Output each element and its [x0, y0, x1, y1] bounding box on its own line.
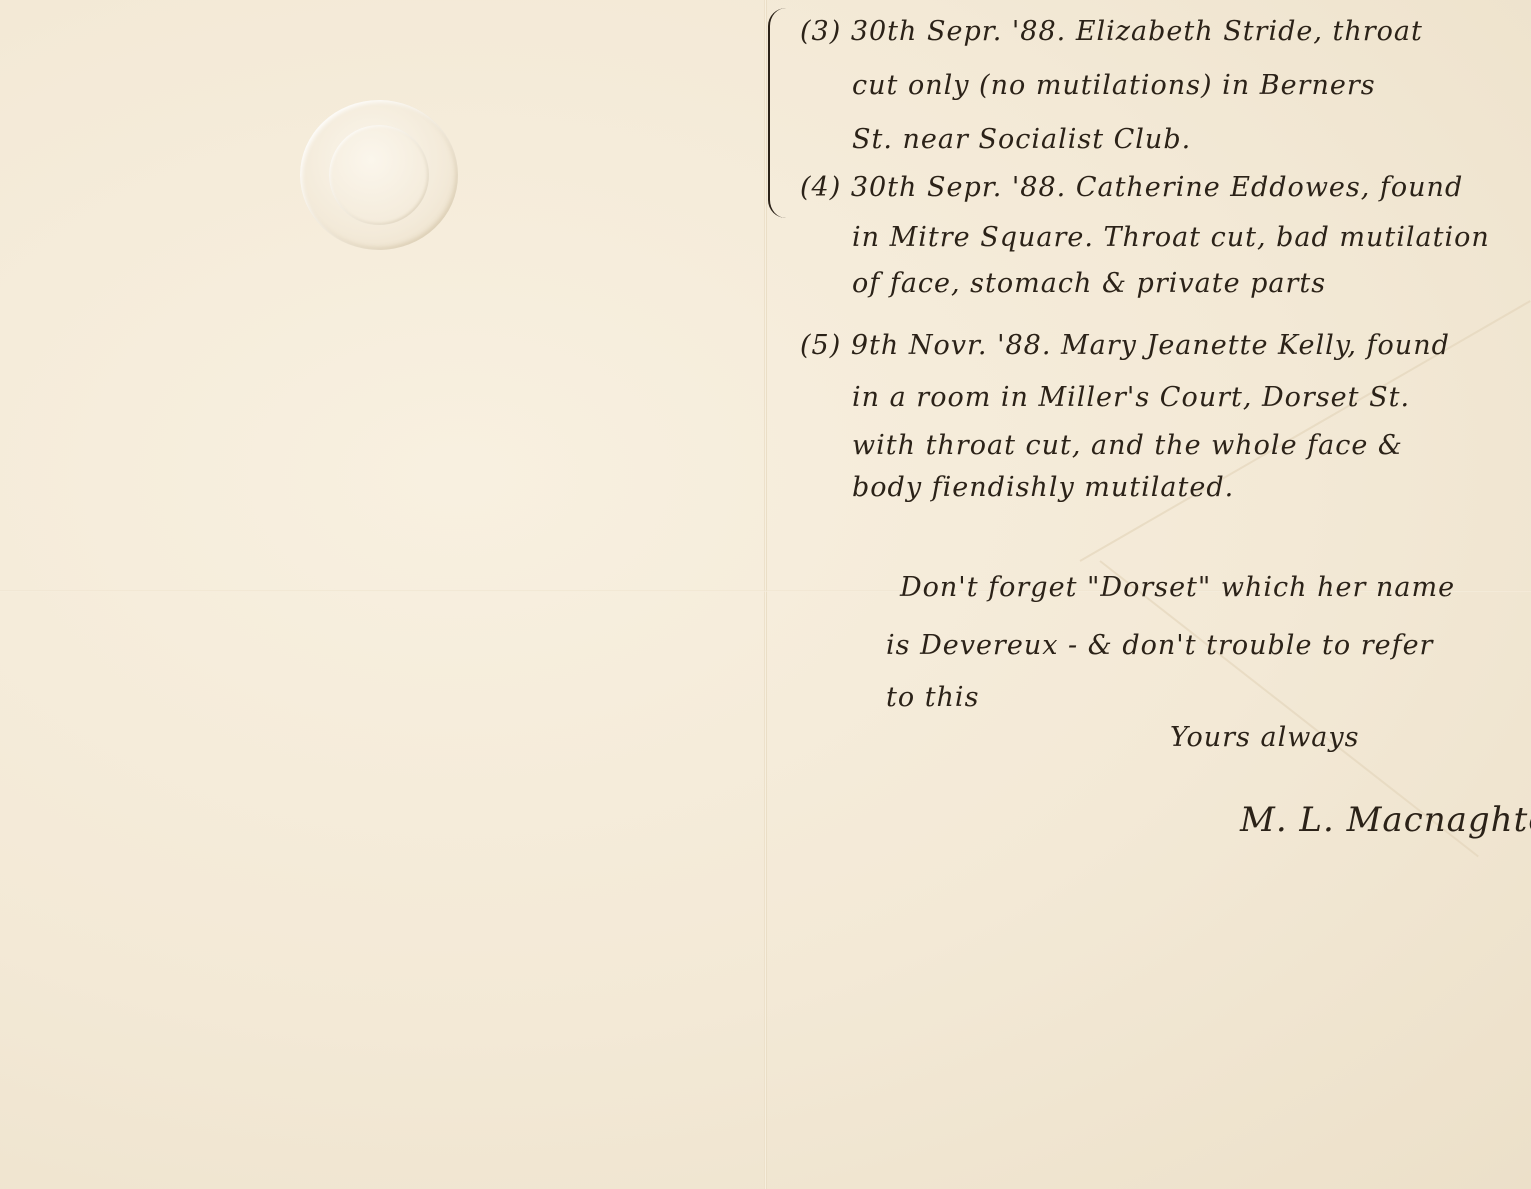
left-page: [0, 0, 765, 1189]
closing: Yours always: [1170, 722, 1360, 753]
entry-3-line-1: (3) 30th Sepr. '88. Elizabeth Stride, th…: [800, 16, 1423, 47]
entry-4-line-3: of face, stomach & private parts: [852, 268, 1326, 299]
postscript-line-1: Don't forget "Dorset" which her name: [900, 572, 1455, 603]
entry-4-line-1: (4) 30th Sepr. '88. Catherine Eddowes, f…: [800, 172, 1463, 203]
signature: M. L. Macnaghten: [1240, 800, 1531, 840]
crest-inner-ring: [329, 125, 429, 225]
entry-3-line-2: cut only (no mutilations) in Berners: [852, 70, 1376, 101]
entry-5-line-4: body fiendishly mutilated.: [852, 472, 1234, 503]
postscript-line-3: to this: [886, 682, 979, 713]
entry-5-line-2: in a room in Miller's Court, Dorset St.: [852, 382, 1410, 413]
letter-sheet: (3) 30th Sepr. '88. Elizabeth Stride, th…: [0, 0, 1531, 1189]
entry-5-line-1: (5) 9th Novr. '88. Mary Jeanette Kelly, …: [800, 330, 1450, 361]
embossed-crest-seal-icon: [300, 100, 458, 250]
postscript-line-2: is Devereux - & don't trouble to refer: [886, 630, 1433, 661]
entry-3-line-3: St. near Socialist Club.: [852, 124, 1191, 155]
entry-4-line-2: in Mitre Square. Throat cut, bad mutilat…: [852, 222, 1490, 253]
entry-5-line-3: with throat cut, and the whole face &: [852, 430, 1403, 461]
